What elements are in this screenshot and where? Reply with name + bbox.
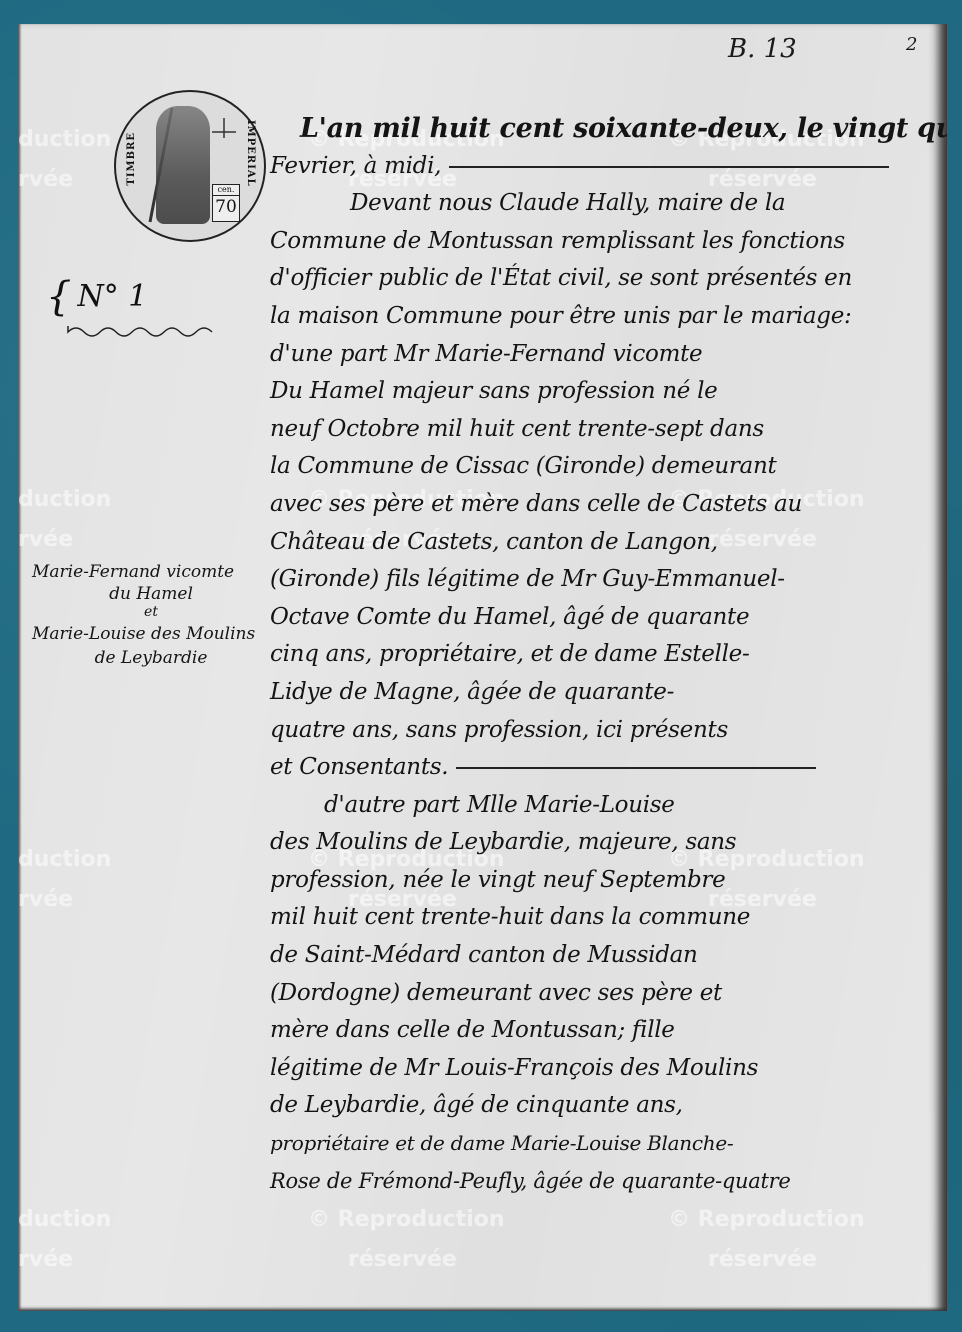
record-line: (Gironde) fils légitime de Mr Guy-Emmanu…	[270, 561, 930, 599]
record-line-text: et Consentants.	[270, 754, 448, 780]
record-line-text: légitime de Mr Louis-François des Moulin…	[270, 1055, 758, 1081]
watermark-text: duction	[18, 840, 111, 880]
document-page: duction rvée © Reproduction réservée © R…	[18, 24, 947, 1311]
record-line: la maison Commune pour être unis par le …	[270, 298, 930, 336]
record-line: profession, née le vingt neuf Septembre	[270, 862, 930, 900]
record-line-text: de Leybardie, âgé de cinquante ans,	[270, 1092, 683, 1118]
record-line: des Moulins de Leybardie, majeure, sans	[270, 824, 930, 862]
record-line-text: de Saint-Médard canton de Mussidan	[270, 942, 698, 968]
record-line: Fevrier, à midi,	[270, 148, 930, 186]
record-line-text: propriétaire et de dame Marie-Louise Bla…	[270, 1131, 733, 1155]
record-line: d'autre part Mlle Marie-Louise	[270, 787, 930, 825]
record-line-text: mil huit cent trente-huit dans la commun…	[270, 904, 750, 930]
record-body: L'an mil huit cent soixante-deux, le vin…	[270, 110, 930, 1200]
watermark: duction rvée	[18, 1200, 111, 1280]
watermark: duction rvée	[18, 120, 111, 200]
record-line-text: mère dans celle de Montussan; fille	[270, 1017, 675, 1043]
watermark-text: duction	[18, 1200, 111, 1240]
watermark-text: rvée	[18, 160, 111, 200]
record-line-text: (Gironde) fils légitime de Mr Guy-Emmanu…	[270, 566, 785, 592]
watermark-text: réservée	[668, 1240, 865, 1280]
watermark-text: rvée	[18, 1240, 111, 1280]
record-line: (Dordogne) demeurant avec ses père et	[270, 975, 930, 1013]
record-line: Lidye de Magne, âgée de quarante-	[270, 674, 930, 712]
record-line: mère dans celle de Montussan; fille	[270, 1012, 930, 1050]
record-line: propriétaire et de dame Marie-Louise Bla…	[270, 1125, 930, 1163]
margin-note-line: de Leybardie	[26, 644, 276, 672]
watermark: © Reproduction réservée	[668, 1200, 865, 1280]
watermark-text: rvée	[18, 880, 111, 920]
act-number: {N° 1	[46, 274, 147, 320]
watermark-text: rvée	[18, 520, 111, 560]
margin-note: Marie-Fernand vicomte du Hamel et Marie-…	[26, 558, 276, 672]
record-line: Octave Comte du Hamel, âgé de quarante	[270, 599, 930, 637]
record-line-text: des Moulins de Leybardie, majeure, sans	[270, 829, 736, 855]
folio-mark: B. 13	[728, 34, 797, 64]
record-line-text: Octave Comte du Hamel, âgé de quarante	[270, 604, 749, 630]
record-line: d'une part Mr Marie-Fernand vicomte	[270, 336, 930, 374]
record-line: neuf Octobre mil huit cent trente-sept d…	[270, 411, 930, 449]
record-line: mil huit cent trente-huit dans la commun…	[270, 899, 930, 937]
stamp-denomination: cen. 70	[212, 184, 240, 222]
record-line: la Commune de Cissac (Gironde) demeurant	[270, 448, 930, 486]
record-line: d'officier public de l'État civil, se so…	[270, 260, 930, 298]
record-line-text: Château de Castets, canton de Langon,	[270, 529, 718, 555]
record-line-text: neuf Octobre mil huit cent trente-sept d…	[270, 416, 764, 442]
record-line: Château de Castets, canton de Langon,	[270, 524, 930, 562]
page-number: 2	[906, 34, 917, 55]
watermark-text: duction	[18, 120, 111, 160]
justice-figure-icon	[156, 106, 210, 224]
record-line: Devant nous Claude Hally, maire de la	[270, 185, 930, 223]
record-line-text: la maison Commune pour être unis par le …	[270, 303, 852, 329]
record-line-text: avec ses père et mère dans celle de Cast…	[270, 491, 802, 517]
brace-icon: {	[46, 274, 71, 320]
record-line-text: (Dordogne) demeurant avec ses père et	[270, 980, 722, 1006]
record-line: Du Hamel majeur sans profession né le	[270, 373, 930, 411]
watermark-text: © Reproduction	[668, 1200, 865, 1240]
record-line: cinq ans, propriétaire, et de dame Estel…	[270, 636, 930, 674]
record-line: et Consentants.	[270, 749, 930, 787]
stamp-denomination-value: 70	[213, 196, 239, 218]
stamp-denomination-label: cen.	[213, 185, 239, 196]
record-line-text: la Commune de Cissac (Gironde) demeurant	[270, 453, 776, 479]
record-line-text: Lidye de Magne, âgée de quarante-	[270, 679, 674, 705]
fill-rule	[449, 166, 889, 168]
fill-rule	[456, 767, 816, 769]
record-line: de Leybardie, âgé de cinquante ans,	[270, 1087, 930, 1125]
stamp-left-text: TIMBRE	[126, 132, 137, 186]
record-line: légitime de Mr Louis-François des Moulin…	[270, 1050, 930, 1088]
record-line: quatre ans, sans profession, ici présent…	[270, 712, 930, 750]
record-line-text: Devant nous Claude Hally, maire de la	[350, 190, 785, 216]
record-line: de Saint-Médard canton de Mussidan	[270, 937, 930, 975]
record-line-text: d'une part Mr Marie-Fernand vicomte	[270, 341, 702, 367]
watermark-text: © Reproduction	[308, 1200, 505, 1240]
record-line-text: cinq ans, propriétaire, et de dame Estel…	[270, 641, 749, 667]
watermark: duction rvée	[18, 840, 111, 920]
stamp-right-text: IMPERIAL	[245, 120, 256, 187]
watermark: duction rvée	[18, 480, 111, 560]
watermark-text: réservée	[308, 1240, 505, 1280]
record-line: L'an mil huit cent soixante-deux, le vin…	[270, 110, 930, 148]
record-line-text: L'an mil huit cent soixante-deux, le vin…	[300, 113, 947, 144]
imperial-stamp: TIMBRE IMPERIAL cen. 70	[114, 90, 266, 242]
record-line-text: Du Hamel majeur sans profession né le	[270, 378, 717, 404]
act-number-text: N° 1	[77, 279, 147, 314]
record-line-text: quatre ans, sans profession, ici présent…	[270, 717, 728, 743]
record-line: Commune de Montussan remplissant les fon…	[270, 223, 930, 261]
flourish-icon	[66, 322, 216, 342]
record-line-text: d'officier public de l'État civil, se so…	[270, 265, 852, 291]
record-line-text: d'autre part Mlle Marie-Louise	[324, 792, 675, 818]
record-line-text: Commune de Montussan remplissant les fon…	[270, 228, 845, 254]
record-line-text: Rose de Frémond-Peufly, âgée de quarante…	[270, 1169, 790, 1193]
watermark: © Reproduction réservée	[308, 1200, 505, 1280]
record-line: avec ses père et mère dans celle de Cast…	[270, 486, 930, 524]
watermark-text: duction	[18, 480, 111, 520]
record-line: Rose de Frémond-Peufly, âgée de quarante…	[270, 1163, 930, 1201]
record-line-text: profession, née le vingt neuf Septembre	[270, 867, 725, 893]
record-line-text: Fevrier, à midi,	[270, 153, 441, 179]
